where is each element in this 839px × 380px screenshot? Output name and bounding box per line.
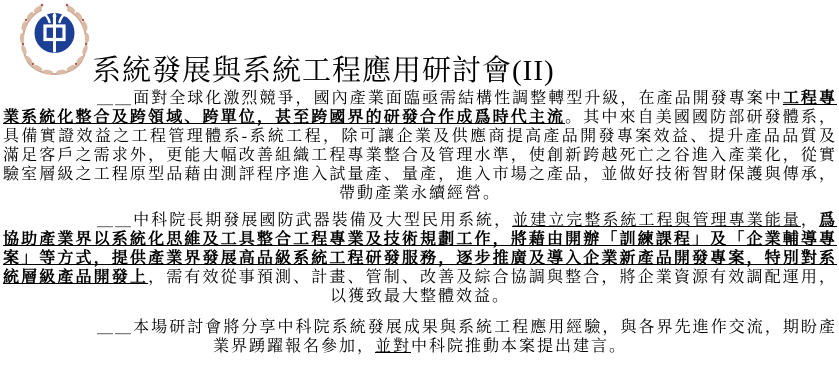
- text-segment: 並建立完整系統工程與管理專業能量: [512, 212, 801, 229]
- text-segment: 中科院推動本案提出建言。: [411, 338, 627, 355]
- body-text-block: ＿＿面對全球化激烈競爭，國內產業面臨亟需結構性調整轉型升級，在產品開發專案中工程…: [3, 89, 837, 364]
- text-segment: ，: [801, 212, 819, 229]
- paragraph: ＿＿本場研討會將分享中科院系統發展成果與系統工程應用經驗，與各界先進作交流，期盼…: [3, 318, 837, 356]
- slide-page: 系統發展與系統工程應用研討會(II) ＿＿面對全球化激烈競爭，國內產業面臨亟需結…: [0, 0, 839, 380]
- text-segment: ＿＿中科院長期發展國防武器裝備及大型民用系統，: [97, 212, 512, 229]
- paragraph: ＿＿中科院長期發展國防武器裝備及大型民用系統，並建立完整系統工程與管理專業能量，…: [3, 211, 837, 306]
- text-segment: ＿＿面對全球化激烈競爭，國內產業面臨亟需結構性調整轉型升級，在產品開發專案中: [97, 90, 783, 107]
- page-title: 系統發展與系統工程應用研討會(II): [92, 48, 555, 89]
- text-segment: 並對: [375, 338, 411, 355]
- ncsist-emblem-icon: [8, 0, 100, 80]
- text-segment: ，需有效從事預測、計畫、管制、改善及綜合協調與整合，將企業資源有效調配運用，以獲…: [148, 269, 837, 305]
- paragraph: ＿＿面對全球化激烈競爭，國內產業面臨亟需結構性調整轉型升級，在產品開發專案中工程…: [3, 89, 837, 203]
